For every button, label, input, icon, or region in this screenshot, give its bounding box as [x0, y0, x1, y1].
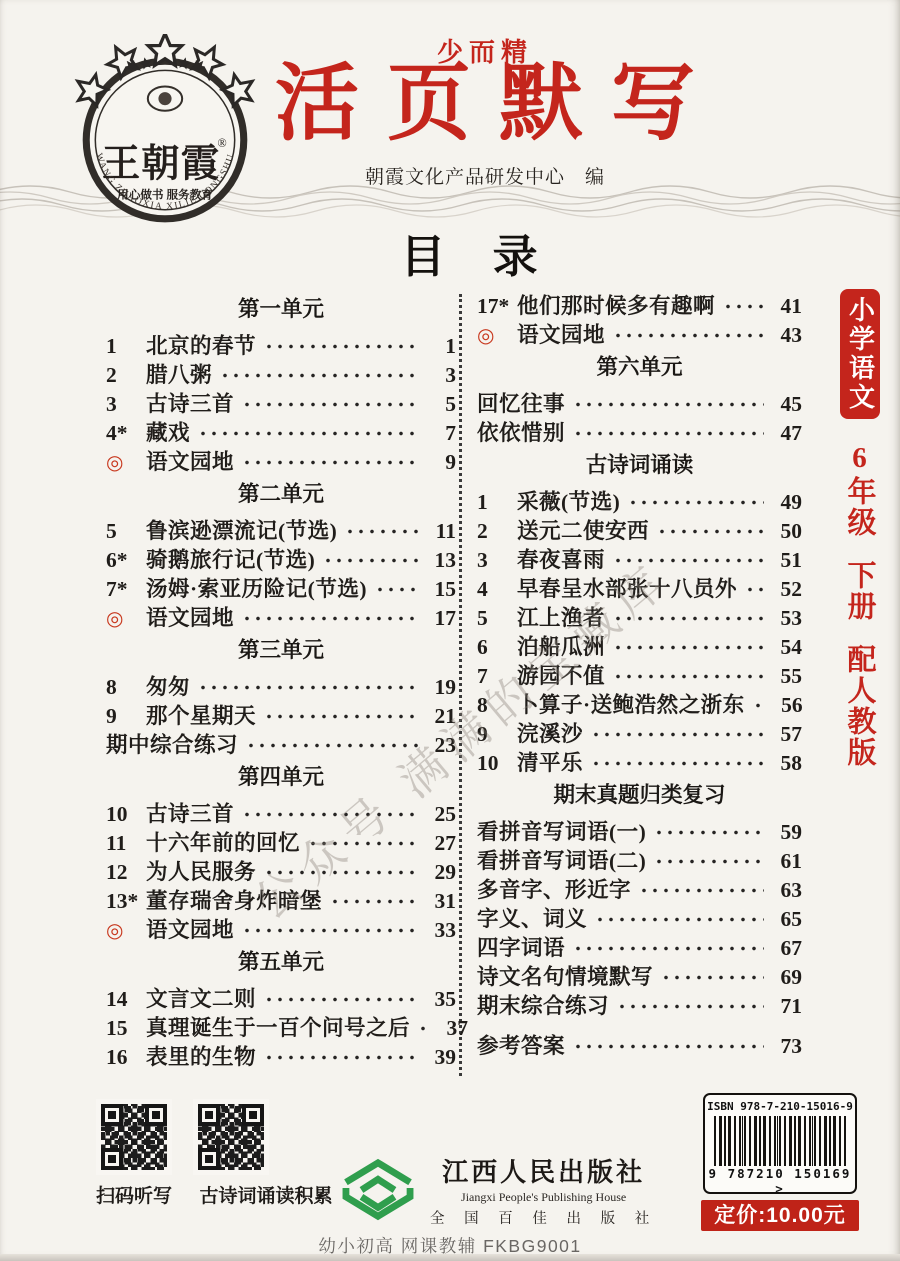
- entry-page: 11: [422, 519, 456, 544]
- entry-page: 59: [768, 820, 802, 845]
- dot-leader: [593, 731, 764, 738]
- entry-number: 1: [106, 334, 146, 359]
- dot-leader: [575, 430, 764, 437]
- entry-title: 浣溪沙: [517, 717, 583, 748]
- entry-page: 27: [422, 831, 456, 856]
- grade-label: 6年级: [840, 442, 881, 538]
- toc-entry: 17*他们那时候多有趣啊41: [477, 289, 802, 318]
- publisher-logo-icon: [338, 1156, 418, 1224]
- page: { "page": { "series_tagline": "少而精", "ti…: [0, 0, 900, 1261]
- unit-header: 第四单元: [106, 757, 456, 797]
- toc-entry: 字义、词义65: [477, 902, 802, 931]
- publisher-award: 全 国 百 佳 出 版 社: [430, 1207, 657, 1228]
- entry-page: 39: [422, 1045, 456, 1070]
- dot-leader: [593, 760, 764, 767]
- entry-title: 腊八粥: [146, 358, 212, 389]
- entry-title: 真理诞生于一百个问号之后: [146, 1011, 410, 1042]
- toc-right-column: 17*他们那时候多有趣啊41 ◎语文园地43 第六单元 回忆往事45 依依惜别4…: [477, 289, 802, 1058]
- entry-title: 古诗三首: [146, 797, 234, 828]
- toc-entry: 13*董存瑞舍身炸暗堡31: [106, 884, 456, 913]
- dot-leader: [332, 898, 418, 905]
- entry-title: 文言文二则: [146, 982, 256, 1013]
- entry-title: 北京的春节: [146, 329, 256, 360]
- dot-leader: [641, 887, 764, 894]
- registered-mark: ®: [218, 136, 227, 150]
- publisher-name-en: Jiangxi People's Publishing House: [430, 1190, 657, 1205]
- column-divider: [459, 294, 462, 1076]
- entry-title: 诗文名句情境默写: [477, 960, 653, 991]
- toc-entry: 2送元二使安西50: [477, 514, 802, 543]
- entry-page: 7: [422, 421, 456, 446]
- entry-number: 8: [106, 675, 146, 700]
- grade-banner: 6年级 下册 配人教版: [836, 442, 884, 790]
- entry-page: 65: [768, 907, 802, 932]
- entry-title: 游园不值: [517, 659, 605, 690]
- entry-title: 送元二使安西: [517, 514, 649, 545]
- wangzhaoxia-brand-logo: 王朝霞 ® 用心做书 服务教育 WANG ZHAOXIA XILIE CONGS…: [64, 34, 266, 236]
- entry-page: 33: [422, 918, 456, 943]
- unit-header: 第六单元: [477, 347, 802, 387]
- toc-entry: 5鲁滨逊漂流记(节选)11: [106, 514, 456, 543]
- entry-page: 47: [768, 421, 802, 446]
- entry-page: 63: [768, 878, 802, 903]
- dot-leader: [244, 615, 418, 622]
- dot-leader: [248, 742, 418, 749]
- dot-leader: [347, 528, 418, 535]
- toc-entry: 4早春呈水部张十八员外52: [477, 572, 802, 601]
- unit-header: 第五单元: [106, 942, 456, 982]
- circle-bullet-icon: ◎: [106, 450, 146, 475]
- entry-title: 期中综合练习: [106, 728, 238, 759]
- dot-leader: [615, 332, 764, 339]
- entry-title: 藏戏: [146, 416, 190, 447]
- entry-number: 10: [477, 751, 517, 776]
- entry-page: 58: [768, 751, 802, 776]
- entry-title: 回忆往事: [477, 387, 565, 418]
- toc-entry: 10清平乐58: [477, 746, 802, 775]
- entry-title: 鲁滨逊漂流记(节选): [146, 514, 337, 545]
- dot-leader: [266, 996, 418, 1003]
- dot-leader: [266, 869, 418, 876]
- entry-page: 67: [768, 936, 802, 961]
- circle-bullet-icon: ◎: [106, 918, 146, 943]
- toc-entry: 11十六年前的回忆27: [106, 826, 456, 855]
- entry-title: 语文园地: [146, 601, 234, 632]
- entry-title: 早春呈水部张十八员外: [517, 572, 737, 603]
- section-header: 期末真题归类复习: [477, 775, 802, 815]
- entry-title: 看拼音写词语(一): [477, 815, 646, 846]
- toc-entry: 3古诗三首5: [106, 387, 456, 416]
- entry-page: 25: [422, 802, 456, 827]
- publisher-name-cn: 江西人民出版社: [430, 1152, 657, 1189]
- toc-entry: 9那个星期天21: [106, 699, 456, 728]
- dot-leader: [575, 401, 764, 408]
- toc-entry: 3春夜喜雨51: [477, 543, 802, 572]
- entry-page: 15: [422, 577, 456, 602]
- entry-page: 1: [422, 334, 456, 359]
- toc-entry: 8匆匆19: [106, 670, 456, 699]
- entry-number: 4: [477, 577, 517, 602]
- entry-title: 他们那时候多有趣啊: [517, 289, 715, 320]
- entry-page: 23: [422, 733, 456, 758]
- entry-title: 董存瑞舍身炸暗堡: [146, 884, 322, 915]
- entry-page: 43: [768, 323, 802, 348]
- entry-number: 8: [477, 693, 517, 718]
- toc-entry: 5江上渔者53: [477, 601, 802, 630]
- entry-title: 看拼音写词语(二): [477, 844, 646, 875]
- toc-entry: ◎语文园地43: [477, 318, 802, 347]
- dot-leader: [659, 528, 764, 535]
- entry-title: 语文园地: [517, 318, 605, 349]
- entry-title: 语文园地: [146, 445, 234, 476]
- entry-title: 江上渔者: [517, 601, 605, 632]
- entry-page: 13: [422, 548, 456, 573]
- entry-page: 19: [422, 675, 456, 700]
- toc-entry: 6*骑鹅旅行记(节选)13: [106, 543, 456, 572]
- entry-number: 14: [106, 987, 146, 1012]
- entry-number: 12: [106, 860, 146, 885]
- entry-page: 37: [434, 1016, 468, 1041]
- toc-entry: 四字词语67: [477, 931, 802, 960]
- barcode-icon: [714, 1116, 846, 1166]
- entry-page: 56: [769, 693, 803, 718]
- dot-leader: [615, 615, 764, 622]
- section-header: 古诗词诵读: [477, 445, 802, 485]
- entry-number: 2: [477, 519, 517, 544]
- subject-label: 小学语文: [842, 296, 879, 412]
- toc-entry: 2腊八粥3: [106, 358, 456, 387]
- entry-number: 13*: [106, 889, 146, 914]
- entry-title: 春夜喜雨: [517, 543, 605, 574]
- qr-code-icon: [193, 1099, 269, 1175]
- toc-entry: 7游园不值55: [477, 659, 802, 688]
- dot-leader: [266, 713, 418, 720]
- entry-title: 多音字、形近字: [477, 873, 631, 904]
- entry-title: 为人民服务: [146, 855, 256, 886]
- entry-page: 61: [768, 849, 802, 874]
- entry-number: 15: [106, 1016, 146, 1041]
- toc-entry: 4*藏戏7: [106, 416, 456, 445]
- dot-leader: [755, 702, 765, 709]
- entry-page: 17: [422, 606, 456, 631]
- entry-page: 45: [768, 392, 802, 417]
- dot-leader: [597, 916, 764, 923]
- entry-number: 7*: [106, 577, 146, 602]
- toc-entry: ◎语文园地17: [106, 601, 456, 630]
- dot-leader: [619, 1003, 764, 1010]
- entry-number: 5: [477, 606, 517, 631]
- entry-title: 卜算子·送鲍浩然之浙东: [517, 688, 745, 719]
- entry-number: 4*: [106, 421, 146, 446]
- book-title: 活页默写: [235, 58, 735, 152]
- entry-page: 49: [768, 490, 802, 515]
- toc-entry: 15真理诞生于一百个问号之后37: [106, 1011, 456, 1040]
- entry-page: 53: [768, 606, 802, 631]
- toc-entry: 16表里的生物39: [106, 1040, 456, 1069]
- dot-leader: [575, 1043, 764, 1050]
- entry-number: 11: [106, 831, 146, 856]
- dot-leader: [630, 499, 764, 506]
- entry-title: 表里的生物: [146, 1040, 256, 1071]
- entry-title: 泊船瓜洲: [517, 630, 605, 661]
- volume-label: 下册: [840, 560, 881, 622]
- entry-page: 52: [768, 577, 802, 602]
- toc-entry: 1北京的春节1: [106, 329, 456, 358]
- toc-entry: 多音字、形近字63: [477, 873, 802, 902]
- scan-edge: [0, 1254, 900, 1261]
- entry-number: 6: [477, 635, 517, 660]
- toc-entry: ◎语文园地9: [106, 445, 456, 474]
- entry-title: 汤姆·索亚历险记(节选): [146, 572, 367, 603]
- toc-entry: 7*汤姆·索亚历险记(节选)15: [106, 572, 456, 601]
- circle-bullet-icon: ◎: [106, 606, 146, 631]
- entry-title: 语文园地: [146, 913, 234, 944]
- entry-title: 字义、词义: [477, 902, 587, 933]
- entry-page: 29: [422, 860, 456, 885]
- toc-entry: 看拼音写词语(一)59: [477, 815, 802, 844]
- dot-leader: [615, 673, 764, 680]
- dot-leader: [615, 644, 764, 651]
- entry-page: 50: [768, 519, 802, 544]
- toc-entry: 14文言文二则35: [106, 982, 456, 1011]
- publisher-block: 江西人民出版社 Jiangxi People's Publishing Hous…: [338, 1152, 657, 1228]
- entry-title: 参考答案: [477, 1029, 565, 1060]
- subject-banner: 小学语文: [840, 289, 880, 419]
- entry-page: 9: [422, 450, 456, 475]
- toc-entry: 9浣溪沙57: [477, 717, 802, 746]
- dot-leader: [575, 945, 764, 952]
- entry-page: 21: [422, 704, 456, 729]
- toc-entry: 6泊船瓜洲54: [477, 630, 802, 659]
- dot-leader: [266, 1054, 418, 1061]
- entry-title: 十六年前的回忆: [146, 826, 300, 857]
- logo-brand-name: 王朝霞: [102, 142, 220, 185]
- toc-entry: 诗文名句情境默写69: [477, 960, 802, 989]
- dot-leader: [244, 401, 418, 408]
- toc-entry: 参考答案73: [477, 1029, 802, 1058]
- entry-page: 31: [422, 889, 456, 914]
- entry-title: 骑鹅旅行记(节选): [146, 543, 315, 574]
- entry-page: 57: [768, 722, 802, 747]
- dot-leader: [222, 372, 418, 379]
- entry-page: 71: [768, 994, 802, 1019]
- toc-entry: 12为人民服务29: [106, 855, 456, 884]
- entry-page: 41: [768, 294, 802, 319]
- dot-leader: [656, 829, 764, 836]
- dot-leader: [615, 557, 764, 564]
- toc-entry: ◎语文园地33: [106, 913, 456, 942]
- entry-number: 5: [106, 519, 146, 544]
- entry-number: 7: [477, 664, 517, 689]
- circle-bullet-icon: ◎: [477, 323, 517, 348]
- toc-entry: 期中综合练习23: [106, 728, 456, 757]
- dot-leader: [420, 1025, 430, 1032]
- barcode-block: ISBN 978-7-210-15016-9 9 787210 150169 >: [703, 1093, 857, 1194]
- entry-title: 期末综合练习: [477, 989, 609, 1020]
- dot-leader: [200, 684, 418, 691]
- entry-page: 5: [422, 392, 456, 417]
- entry-number: 9: [477, 722, 517, 747]
- dot-leader: [244, 459, 418, 466]
- entry-number: 3: [477, 548, 517, 573]
- dot-leader: [244, 811, 418, 818]
- dot-leader: [747, 586, 764, 593]
- qr2-label: 古诗词诵读积累: [176, 1181, 356, 1208]
- entry-page: 73: [768, 1034, 802, 1059]
- toc-entry: 看拼音写词语(二)61: [477, 844, 802, 873]
- entry-number: 6*: [106, 548, 146, 573]
- entry-page: 55: [768, 664, 802, 689]
- entry-title: 四字词语: [477, 931, 565, 962]
- dot-leader: [244, 927, 418, 934]
- dot-leader: [266, 343, 418, 350]
- toc-left-column: 第一单元 1北京的春节1 2腊八粥3 3古诗三首5 4*藏戏7 ◎语文园地9 第…: [106, 289, 456, 1069]
- unit-header: 第二单元: [106, 474, 456, 514]
- toc-entry: 10古诗三首25: [106, 797, 456, 826]
- unit-header: 第三单元: [106, 630, 456, 670]
- entry-number: 17*: [477, 294, 517, 319]
- dot-leader: [377, 586, 418, 593]
- entry-title: 依依惜别: [477, 416, 565, 447]
- barcode-digits: 9 787210 150169 >: [705, 1166, 855, 1196]
- entry-number: 10: [106, 802, 146, 827]
- entry-page: 51: [768, 548, 802, 573]
- unit-header: 第一单元: [106, 289, 456, 329]
- toc-entry: 8卜算子·送鲍浩然之浙东56: [477, 688, 802, 717]
- dot-leader: [663, 974, 764, 981]
- edition-label: 配人教版: [840, 644, 881, 768]
- qr-code-icon: [96, 1099, 172, 1175]
- dot-leader: [725, 303, 764, 310]
- isbn-text: ISBN 978-7-210-15016-9: [705, 1100, 855, 1113]
- entry-number: 1: [477, 490, 517, 515]
- entry-page: 3: [422, 363, 456, 388]
- entry-number: 16: [106, 1045, 146, 1070]
- toc-entry: 1采薇(节选)49: [477, 485, 802, 514]
- dot-leader: [200, 430, 418, 437]
- dot-leader: [325, 557, 418, 564]
- entry-page: 54: [768, 635, 802, 660]
- entry-page: 35: [422, 987, 456, 1012]
- dot-leader: [656, 858, 764, 865]
- toc-entry: 期末综合练习71: [477, 989, 802, 1018]
- entry-number: 2: [106, 363, 146, 388]
- toc-entry: 依依惜别47: [477, 416, 802, 445]
- entry-title: 清平乐: [517, 746, 583, 777]
- entry-page: 69: [768, 965, 802, 990]
- entry-title: 匆匆: [146, 670, 190, 701]
- entry-title: 古诗三首: [146, 387, 234, 418]
- entry-number: 3: [106, 392, 146, 417]
- toc-entry: 回忆往事45: [477, 387, 802, 416]
- dot-leader: [310, 840, 418, 847]
- entry-title: 那个星期天: [146, 699, 256, 730]
- price-label: 定价:10.00元: [701, 1200, 859, 1231]
- entry-number: 9: [106, 704, 146, 729]
- entry-title: 采薇(节选): [517, 485, 620, 516]
